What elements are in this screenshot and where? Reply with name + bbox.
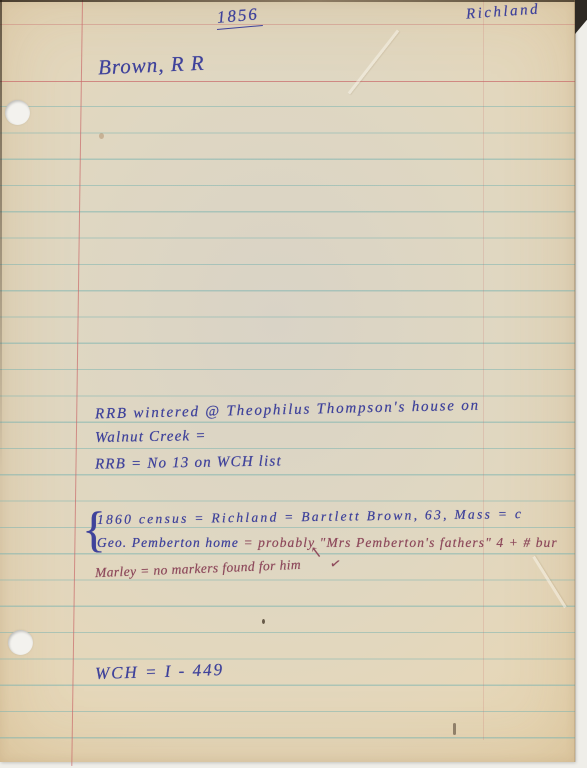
arrow-annotation-mark: ↖: [309, 542, 324, 563]
page-top-edge-shadow: [0, 0, 575, 2]
page-title: Brown, R R: [98, 51, 206, 81]
census-line-2-maroon-ink: = probably "Mrs Pemberton's fathers" 4 +…: [243, 535, 557, 550]
paper-speck: [262, 619, 265, 624]
note-line-2: Walnut Creek =: [95, 428, 207, 447]
scanned-notebook-page: 1856 Richland Brown, R R RRB wintered @ …: [0, 0, 587, 768]
red-margin-line-bleedthrough: [483, 0, 484, 740]
census-line-2-blue-ink: Geo. Pemberton home: [97, 535, 243, 550]
scanner-corner-shadow: [575, 0, 587, 34]
red-header-line: [0, 81, 575, 82]
paper-stain: [99, 133, 104, 139]
red-header-line-faint: [0, 24, 575, 25]
paper-speck: [453, 723, 456, 735]
reference-label: WCH = I - 449: [95, 660, 225, 684]
page-right-edge: [574, 0, 576, 762]
page-left-edge-shadow: [0, 0, 2, 470]
year-label: 1856: [215, 4, 263, 30]
hole-punch-bottom: [8, 630, 33, 655]
ruled-lines: [0, 106, 575, 739]
hole-punch-top: [5, 100, 30, 125]
census-line-2: Geo. Pemberton home = probably "Mrs Pemb…: [97, 535, 558, 551]
note-line-3: RRB = No 13 on WCH list: [95, 453, 282, 473]
